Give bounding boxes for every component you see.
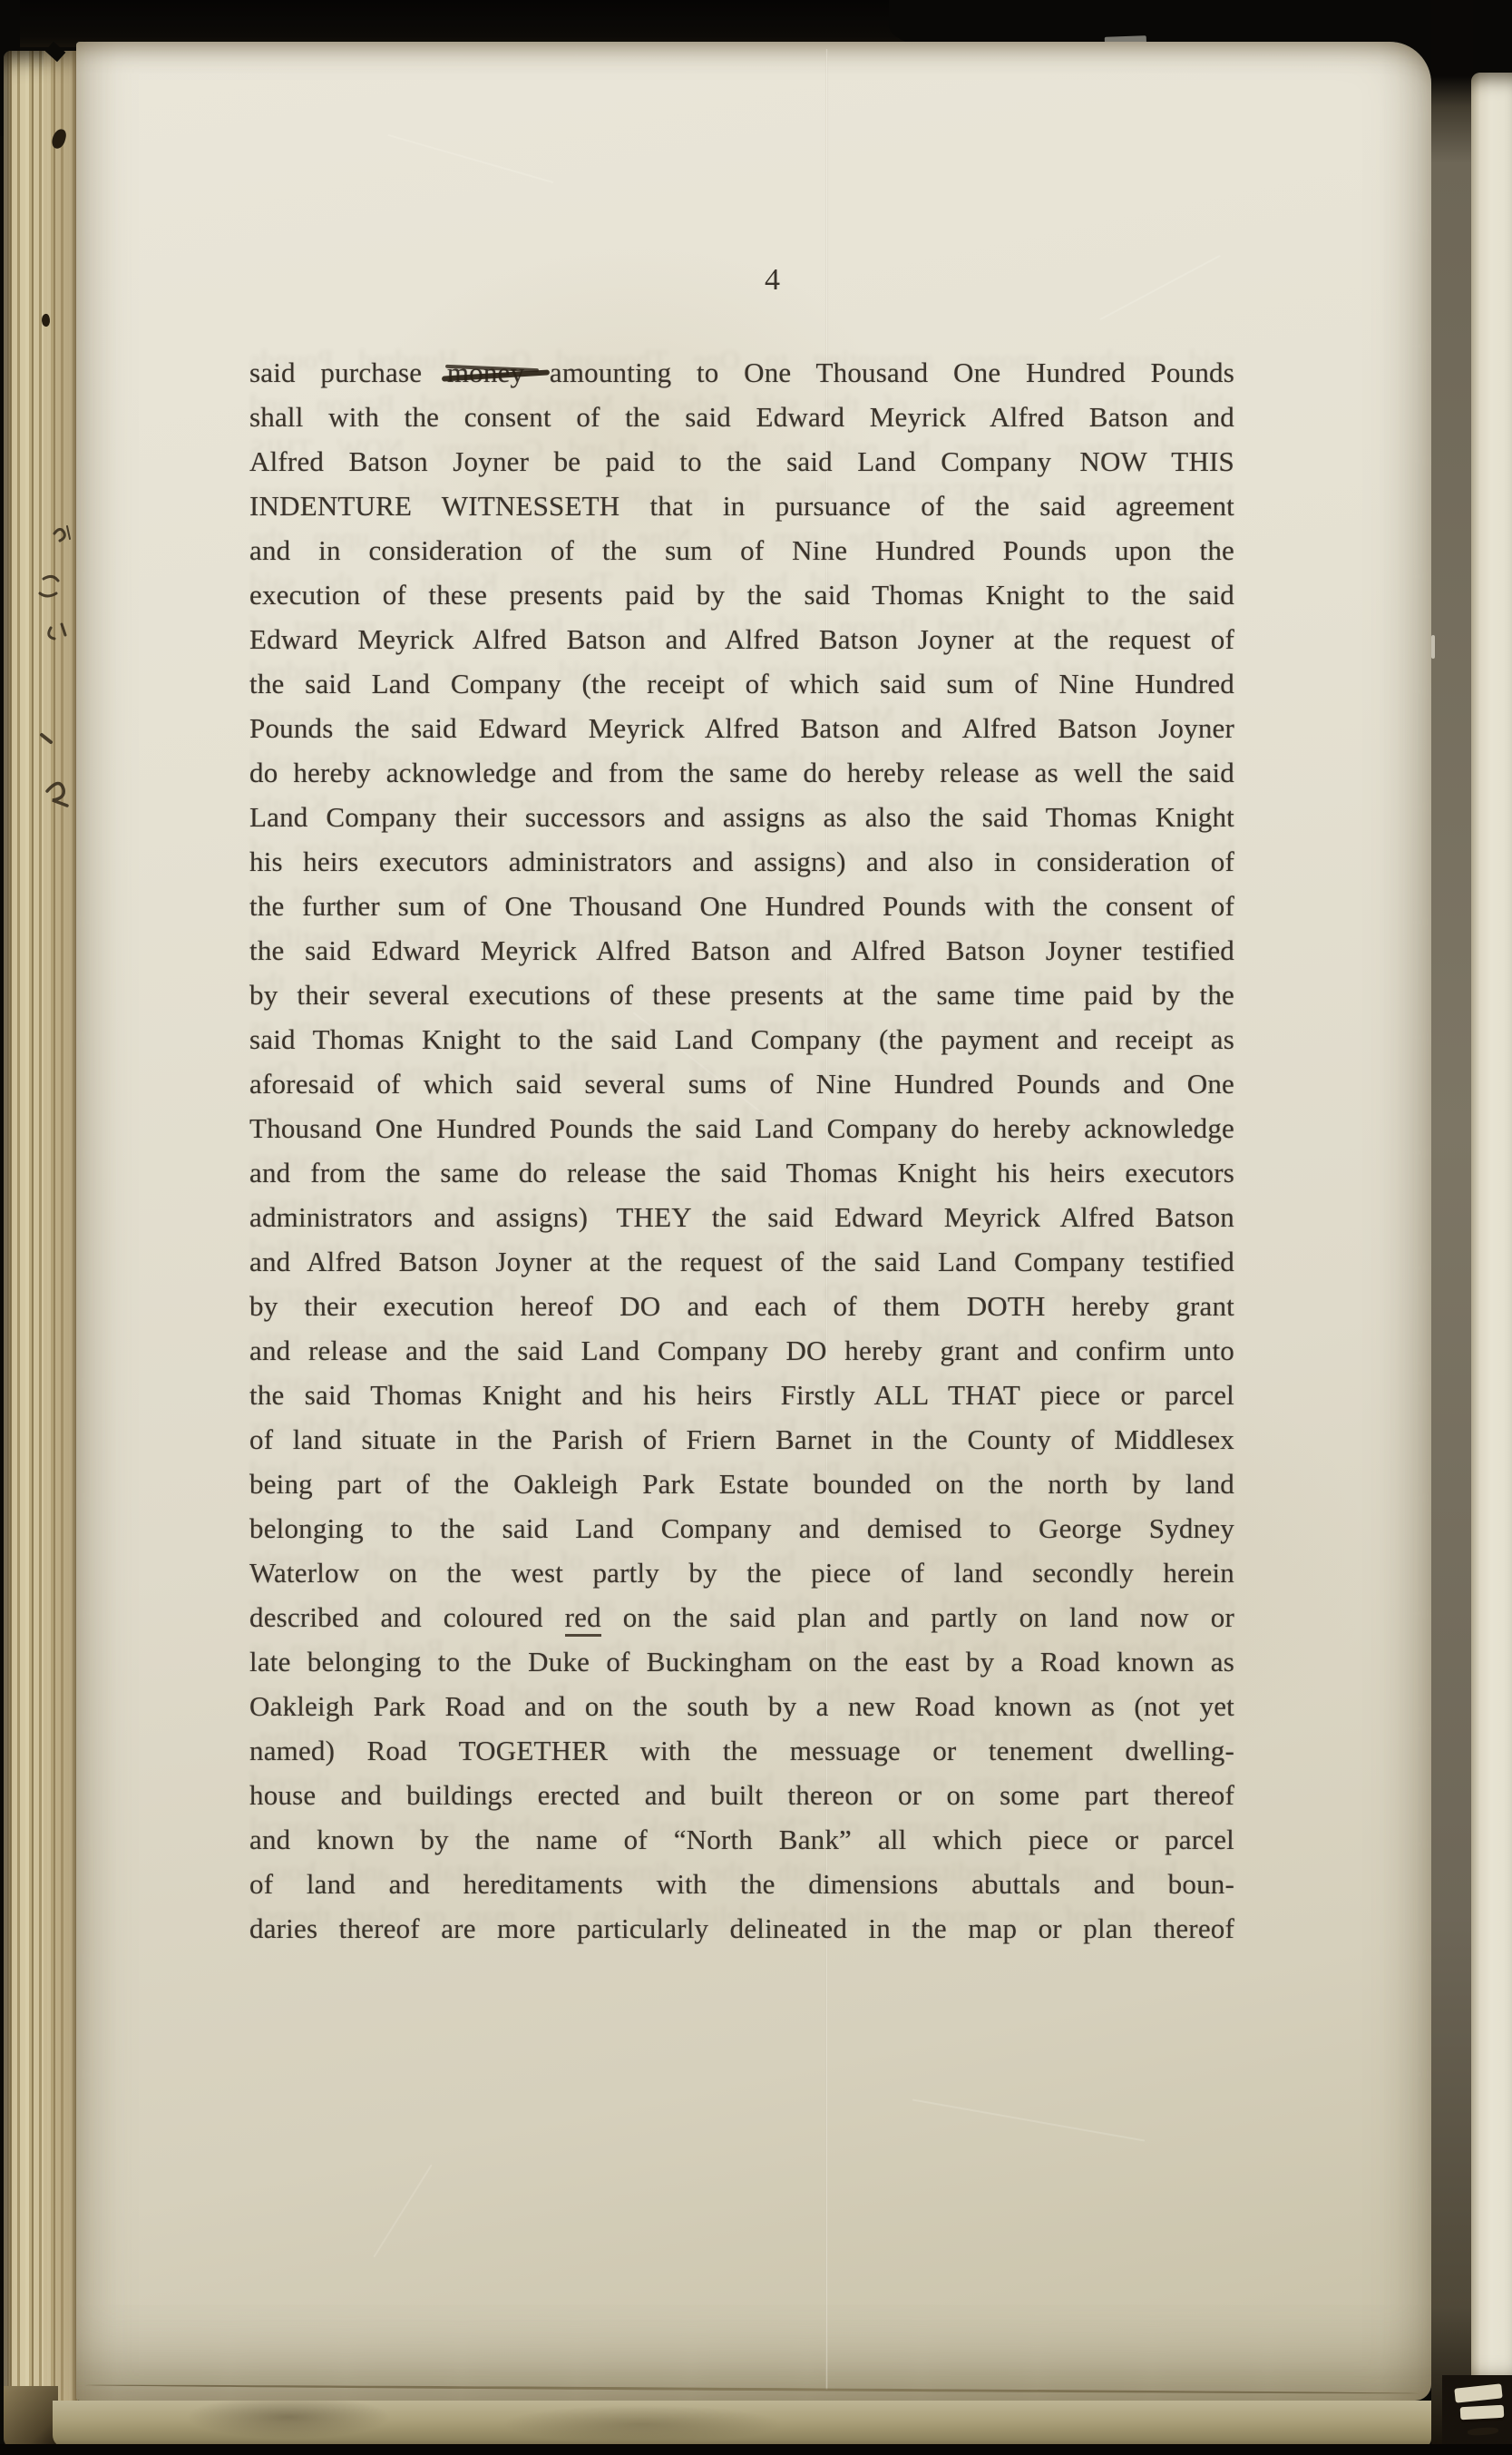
- text-line: INDENTURE WITNESSETH that in pursuance o…: [249, 484, 1234, 528]
- text-line: Waterlow on the west partly by the piece…: [249, 1550, 1234, 1595]
- text-line: execution of these presents paid by the …: [249, 572, 1234, 617]
- underline-word: red: [565, 1601, 601, 1637]
- paper-scratch: [912, 2098, 1145, 2141]
- text-line: said purchase money amounting to One Tho…: [249, 350, 1234, 395]
- text-line: administrators and assigns) THEY the sai…: [249, 1195, 1234, 1239]
- paper-scratch: [373, 2165, 432, 2258]
- text-line: aforesaid of which said several sums of …: [249, 1061, 1234, 1106]
- photo-background-bottom: [0, 2444, 1512, 2455]
- text-line: daries thereof are more particularly del…: [249, 1906, 1234, 1951]
- text-line: Alfred Batson Joyner be paid to the said…: [249, 439, 1234, 484]
- text-line: and release and the said Land Company DO…: [249, 1328, 1234, 1373]
- text-line: by their several executions of these pre…: [249, 973, 1234, 1017]
- text-line: and in consideration of the sum of Nine …: [249, 528, 1234, 572]
- text-line: Thousand One Hundred Pounds the said Lan…: [249, 1106, 1234, 1150]
- bottom-left-corner-shadow: [4, 2386, 58, 2450]
- text-line: the said Edward Meyrick Alfred Batson an…: [249, 928, 1234, 973]
- text-line: Pounds the said Edward Meyrick Alfred Ba…: [249, 706, 1234, 750]
- text-line: do hereby acknowledge and from the same …: [249, 750, 1234, 795]
- book-gutter-shadow: [1431, 0, 1473, 2455]
- text-line: late belonging to the Duke of Buckingham…: [249, 1639, 1234, 1684]
- paper-scratch: [387, 134, 553, 183]
- bottom-page-edges: [53, 2401, 1431, 2448]
- text-line: shall with the consent of the said Edwar…: [249, 395, 1234, 439]
- text-line: house and buildings erected and built th…: [249, 1773, 1234, 1817]
- text-line: and from the same do release the said Th…: [249, 1150, 1234, 1195]
- text-line: of land and hereditaments with the dimen…: [249, 1862, 1234, 1906]
- text-line: Edward Meyrick Alfred Batson and Alfred …: [249, 617, 1234, 661]
- page-edge-shading: [44, 51, 78, 2448]
- text-line: Oakleigh Park Road and on the south by a…: [249, 1684, 1234, 1728]
- strikethrough-word: money: [447, 357, 524, 388]
- text-line: Land Company their successors and assign…: [249, 795, 1234, 839]
- text-line: the said Thomas Knight and his heirs Fir…: [249, 1373, 1234, 1417]
- text-line: described and coloured red on the said p…: [249, 1595, 1234, 1639]
- indenture-body-text: said purchase money amounting to One Tho…: [249, 350, 1234, 1951]
- text-line: of land situate in the Parish of Friern …: [249, 1417, 1234, 1462]
- text-line: his heirs executors administrators and a…: [249, 839, 1234, 884]
- page-number: 4: [249, 263, 1265, 298]
- text-line: being part of the Oakleigh Park Estate b…: [249, 1462, 1234, 1506]
- text-line: belonging to the said Land Company and d…: [249, 1506, 1234, 1550]
- bottom-fold-crease: [85, 2384, 1419, 2395]
- page-edge-stack: [4, 51, 78, 2448]
- text-line: said Thomas Knight to the said Land Comp…: [249, 1017, 1234, 1061]
- facing-page-edge: [1471, 73, 1512, 2386]
- text-line: and known by the name of “North Bank” al…: [249, 1817, 1234, 1862]
- bottom-right-page-tab: [1460, 2405, 1505, 2420]
- text-line: named) Road TOGETHER with the messuage o…: [249, 1728, 1234, 1773]
- open-book-photo: said purchase money amounting to One Tho…: [0, 0, 1512, 2455]
- gutter-paper-nick: [1431, 635, 1435, 659]
- text-line: by their execution hereof DO and each of…: [249, 1284, 1234, 1328]
- text-line: and Alfred Batson Joyner at the request …: [249, 1239, 1234, 1284]
- text-line: the further sum of One Thousand One Hund…: [249, 884, 1234, 928]
- text-line: the said Land Company (the receipt of wh…: [249, 661, 1234, 706]
